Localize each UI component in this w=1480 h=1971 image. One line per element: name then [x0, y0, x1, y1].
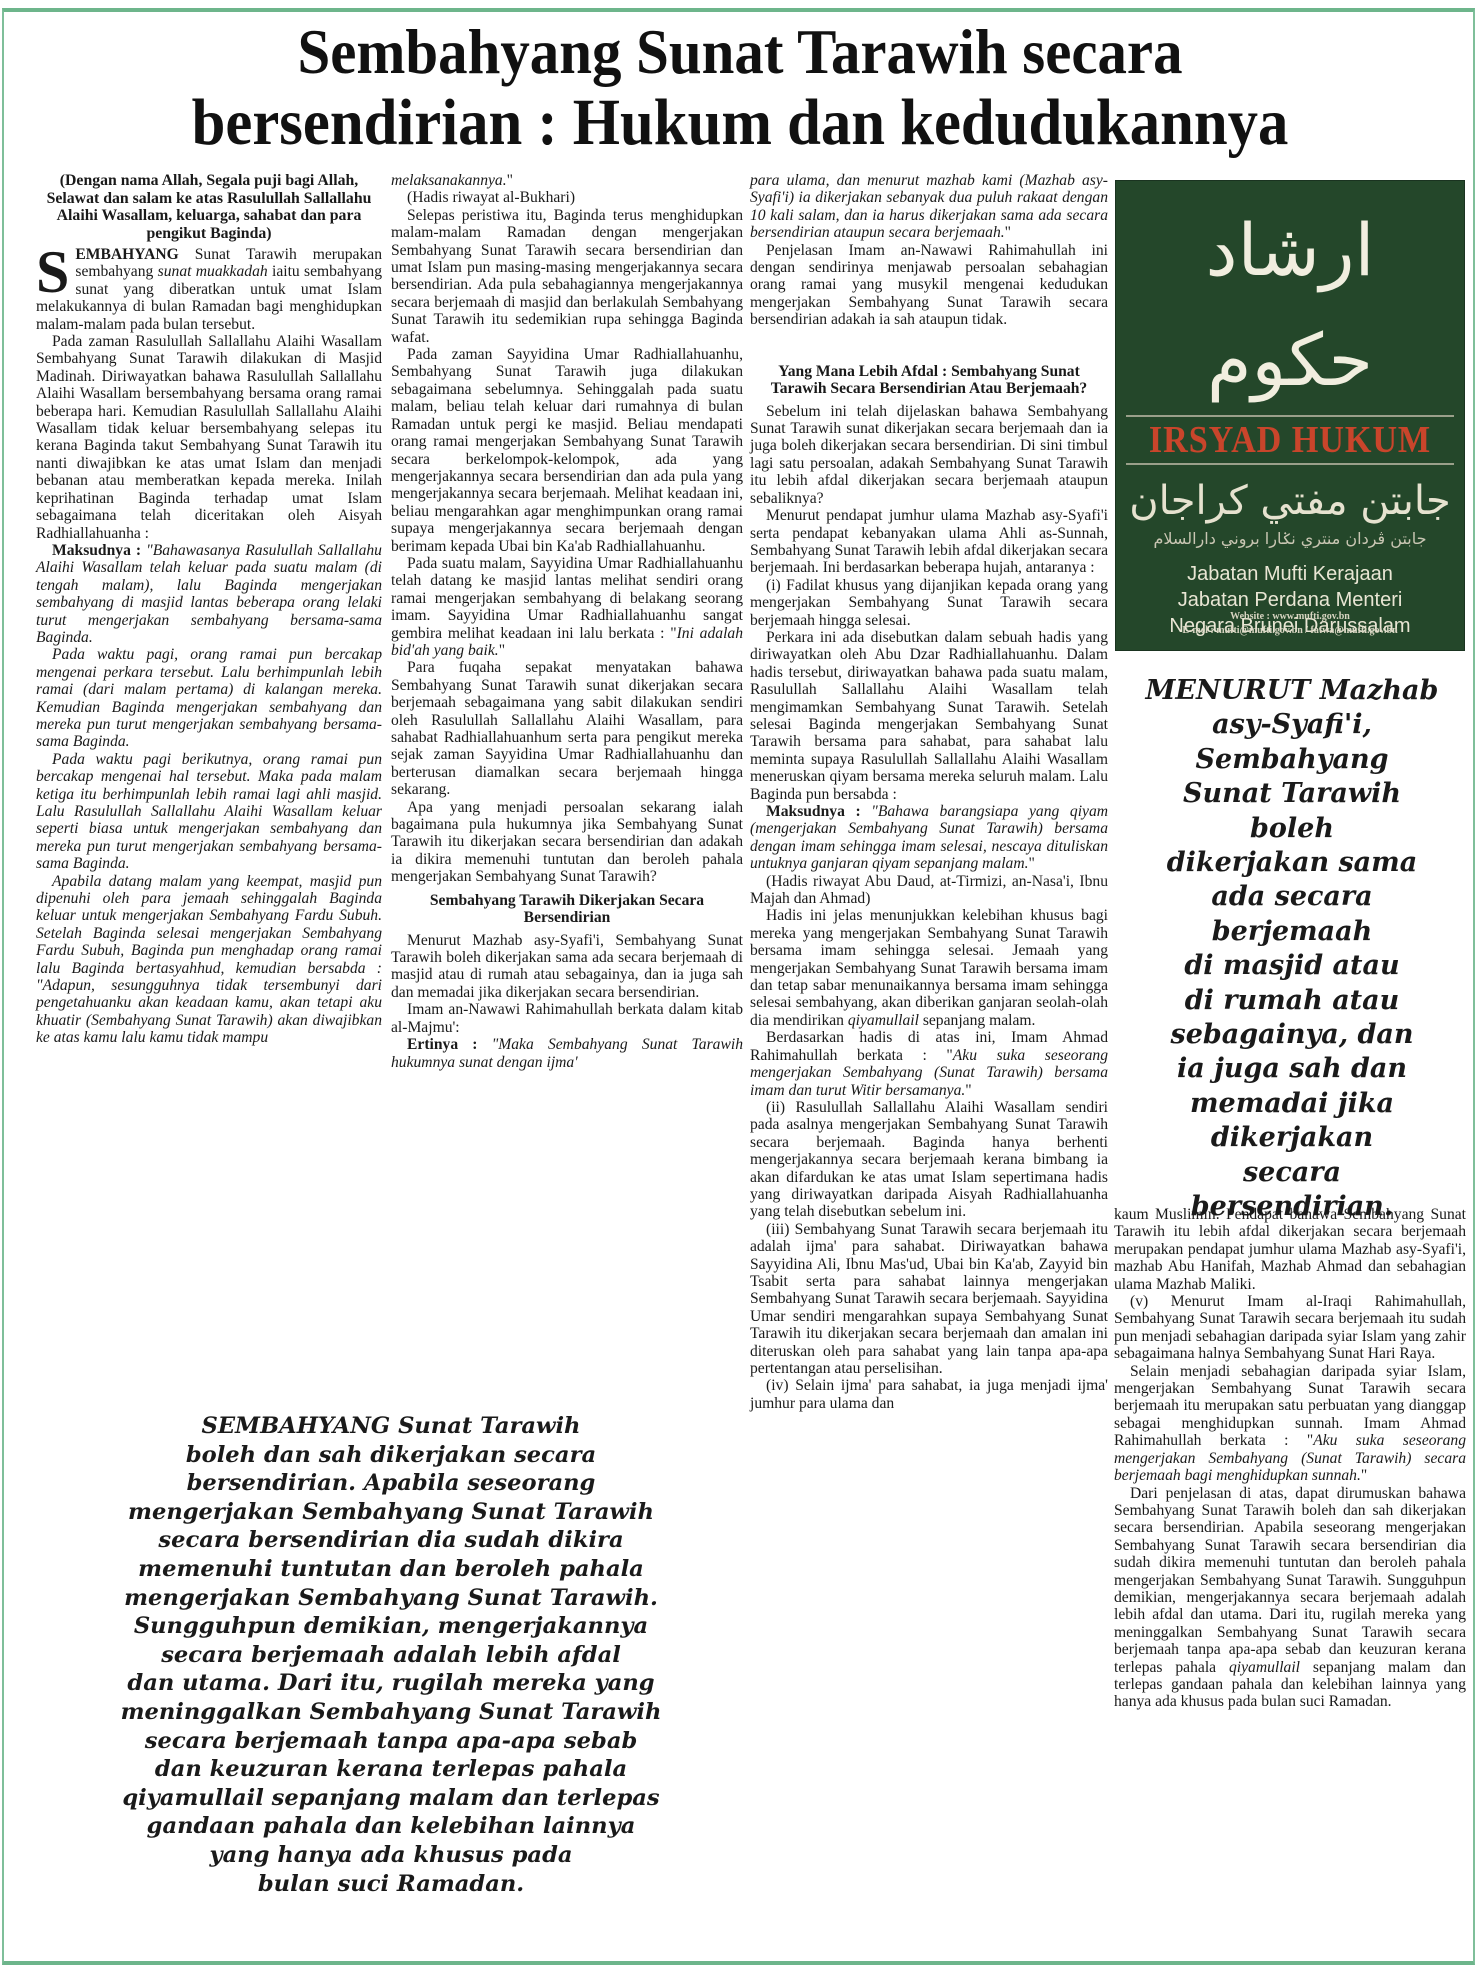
- hadith-quote-cont: Pada waktu pagi, orang ramai pun bercaka…: [36, 646, 382, 750]
- pull-quote-line: dikerjakan: [1122, 1121, 1462, 1155]
- pull-quote-line: secara berjemaah tanpa apa-apa sebab: [46, 1727, 736, 1756]
- pull-quote-line: gandaan pahala dan kelebihan lainnya: [46, 1812, 736, 1841]
- quote-label: Ertinya :: [407, 1036, 478, 1053]
- paragraph: kaum Muslimin. Pendapat bahawa Sembahyan…: [1114, 1206, 1466, 1293]
- article-column-1: (Dengan nama Allah, Segala puji bagi All…: [36, 172, 382, 1047]
- article-column-3: para ulama, dan menurut mazhab kami (Maz…: [750, 172, 1108, 1412]
- contact-info: Website : www.mufti.gov.bn E-mel : mufti…: [1116, 610, 1464, 638]
- text-run: ": [1029, 855, 1035, 872]
- pull-quote-line: ada secara: [1122, 880, 1462, 914]
- paragraph: Pada zaman Rasulullah Sallallahu Alaihi …: [36, 333, 382, 542]
- pull-quote-line: bulan suci Ramadan.: [46, 1870, 736, 1899]
- paragraph: Hadis ini jelas menunjukkan kelebihan kh…: [750, 907, 1108, 1029]
- text-run: ": [507, 172, 513, 189]
- pull-quote-line: MENURUT Mazhab: [1122, 674, 1462, 708]
- pull-quote-right: MENURUT Mazhab asy-Syafi'i, Sembahyang S…: [1122, 674, 1462, 1225]
- pull-quote-line: SEMBAHYANG Sunat Tarawih: [46, 1412, 736, 1441]
- pull-quote-line: secara bersendirian dia sudah dikira: [46, 1526, 736, 1555]
- italic-term: qiyamullail: [1229, 1659, 1300, 1676]
- quote-text: Pada waktu pagi berikutnya, orang ramai …: [36, 751, 382, 872]
- pull-quote-line: di rumah atau: [1122, 984, 1462, 1018]
- pull-quote-line: Sunat Tarawih: [1122, 777, 1462, 811]
- quote-text: Pada waktu pagi, orang ramai pun bercaka…: [36, 646, 382, 750]
- pull-quote-line: secara: [1122, 1156, 1462, 1190]
- paragraph: Para fuqaha sepakat menyatakan bahawa Se…: [391, 659, 743, 798]
- headline-line-2: bersendirian : Hukum dan kedudukannya: [68, 90, 1411, 156]
- pull-quote-line: berjemaah: [1122, 915, 1462, 949]
- arabic-dept-calligraphy: جابتن مفتي كراجان: [1116, 473, 1464, 529]
- arabic-subtitle: جابتن ڤردان منتري نݢارا بروني دارالسلام: [1116, 529, 1464, 549]
- paragraph: Sebelum ini telah dijelaskan bahawa Semb…: [750, 403, 1108, 507]
- quote-label: Maksudnya :: [52, 542, 141, 559]
- logo-brand: IRSYAD HUKUM: [1133, 417, 1446, 463]
- paragraph: (iii) Sembahyang Sunat Tarawih secara be…: [750, 1221, 1108, 1378]
- article-headline: Sembahyang Sunat Tarawih secara bersendi…: [10, 16, 1470, 156]
- hadith-quote-cont: Apabila datang malam yang keempat, masji…: [36, 873, 382, 1047]
- paragraph: Pada suatu malam, Sayyidina Umar Radhial…: [391, 555, 743, 659]
- text-run: sepanjang malam.: [919, 1012, 1035, 1029]
- paragraph: Perkara ini ada disebutkan dalam sebuah …: [750, 629, 1108, 803]
- paragraph: (ii) Rasulullah Sallallahu Alaihi Wasall…: [750, 1099, 1108, 1221]
- text-run: ": [1361, 1467, 1367, 1484]
- quote-text: Apabila datang malam yang keempat, masji…: [36, 873, 382, 1047]
- pull-quote-line: secara berjemaah adalah lebih afdal: [46, 1641, 736, 1670]
- pull-quote-line: mengerjakan Sembahyang Sunat Tarawih: [46, 1498, 736, 1527]
- paragraph: Berdasarkan hadis di atas ini, Imam Ahma…: [750, 1029, 1108, 1099]
- paragraph: Penjelasan Imam an-Nawawi Rahimahullah i…: [750, 242, 1108, 329]
- paragraph: Selain menjadi sebahagian daripada syiar…: [1114, 1363, 1466, 1485]
- quote-text: melaksanakannya.: [391, 172, 507, 189]
- intro-blessing: (Dengan nama Allah, Segala puji bagi All…: [36, 172, 382, 242]
- pull-quote-line: sebagainya, dan: [1122, 1018, 1462, 1052]
- section-subheading: Yang Mana Lebih Afdal : Sembahyang Sunat…: [750, 363, 1108, 397]
- pull-quote-bottom: SEMBAHYANG Sunat Tarawih boleh dan sah d…: [46, 1412, 736, 1898]
- headline-line-1: Sembahyang Sunat Tarawih secara: [68, 20, 1411, 84]
- pull-quote-line: ia juga sah dan: [1122, 1052, 1462, 1086]
- pull-quote-line: dikerjakan sama: [1122, 846, 1462, 880]
- lead-paragraph: SEMBAHYANG Sunat Tarawih merupakan semba…: [36, 246, 382, 333]
- paragraph: Pada zaman Sayyidina Umar Radhiallahuanh…: [391, 346, 743, 555]
- hadith-quote-cont: Pada waktu pagi berikutnya, orang ramai …: [36, 751, 382, 873]
- paragraph: Selepas peristiwa itu, Baginda terus men…: [391, 207, 743, 346]
- article-column-2: melaksanakannya." (Hadis riwayat al-Bukh…: [391, 172, 743, 1071]
- article-column-4: kaum Muslimin. Pendapat bahawa Sembahyan…: [1114, 1206, 1466, 1711]
- text-run: ": [499, 642, 505, 659]
- paragraph: (i) Fadilat khusus yang dijanjikan kepad…: [750, 577, 1108, 629]
- irsyad-hukum-logo: ارشاد حكوم IRSYAD HUKUM جابتن مفتي كراجا…: [1115, 180, 1465, 651]
- translation-quote: Ertinya : "Maka Sembahyang Sunat Tarawih…: [391, 1036, 743, 1071]
- dept-line: Jabatan Mufti Kerajaan: [1116, 561, 1464, 587]
- pull-quote-line: di masjid atau: [1122, 949, 1462, 983]
- quote-text: para ulama, dan menurut mazhab kami (Maz…: [750, 172, 1108, 241]
- logo-divider: [1126, 463, 1454, 465]
- pull-quote-line: Sungguhpun demikian, mengerjakannya: [46, 1612, 736, 1641]
- text-run: Hadis ini jelas menunjukkan kelebihan kh…: [750, 907, 1108, 1028]
- paragraph: (v) Menurut Imam al-Iraqi Rahimahullah, …: [1114, 1293, 1466, 1363]
- paragraph: (iv) Selain ijma' para sahabat, ia juga …: [750, 1377, 1108, 1412]
- email-text: E-mel : mufti@mufti.gov.bn / fatwa@mufti…: [1116, 624, 1464, 638]
- hadith-source: (Hadis riwayat Abu Daud, at-Tirmizi, an-…: [750, 873, 1108, 908]
- lead-word: EMBAHYANG: [75, 246, 178, 263]
- text-run: ": [1005, 224, 1011, 241]
- pull-quote-line: Sembahyang: [1122, 743, 1462, 777]
- paragraph: Apa yang menjadi persoalan sekarang iala…: [391, 799, 743, 886]
- drop-cap: S: [36, 248, 69, 296]
- paragraph: Imam an-Nawawi Rahimahullah berkata dala…: [391, 1001, 743, 1036]
- arabic-title-calligraphy: ارشاد حكوم: [1116, 195, 1464, 415]
- pull-quote-line: boleh: [1122, 812, 1462, 846]
- quote-end: para ulama, dan menurut mazhab kami (Maz…: [750, 172, 1108, 242]
- pull-quote-line: meninggalkan Sembahyang Sunat Tarawih: [46, 1698, 736, 1727]
- website-text: Website : www.mufti.gov.bn: [1116, 610, 1464, 624]
- quote-end: melaksanakannya.": [391, 172, 743, 189]
- hadith-quote: Maksudnya : "Bahawa barangsiapa yang qiy…: [750, 803, 1108, 873]
- italic-term: sunat muakkadah: [158, 263, 268, 280]
- section-subheading: Sembahyang Tarawih Dikerjakan Secara Ber…: [391, 892, 743, 926]
- pull-quote-line: qiyamullail sepanjang malam dan terlepas: [46, 1784, 736, 1813]
- text-run: ": [965, 1082, 971, 1099]
- pull-quote-line: boleh dan sah dikerjakan secara: [46, 1441, 736, 1470]
- pull-quote-line: yang hanya ada khusus pada: [46, 1841, 736, 1870]
- text-run: Dari penjelasan di atas, dapat dirumuska…: [1114, 1485, 1466, 1676]
- pull-quote-line: mengerjakan Sembahyang Sunat Tarawih.: [46, 1584, 736, 1613]
- paragraph: Menurut pendapat jumhur ulama Mazhab asy…: [750, 507, 1108, 577]
- hadith-source: (Hadis riwayat al-Bukhari): [391, 189, 743, 206]
- pull-quote-line: dan keuzuran kerana terlepas pahala: [46, 1755, 736, 1784]
- hadith-quote: Maksudnya : "Bahawasanya Rasulullah Sall…: [36, 542, 382, 646]
- italic-term: qiyamullail: [848, 1012, 919, 1029]
- pull-quote-line: asy-Syafi'i,: [1122, 708, 1462, 742]
- pull-quote-line: memenuhi tuntutan dan beroleh pahala: [46, 1555, 736, 1584]
- pull-quote-line: bersendirian. Apabila seseorang: [46, 1469, 736, 1498]
- conclusion-paragraph: Dari penjelasan di atas, dapat dirumuska…: [1114, 1485, 1466, 1711]
- pull-quote-line: memadai jika: [1122, 1087, 1462, 1121]
- quote-label: Maksudnya :: [766, 803, 861, 820]
- pull-quote-line: dan utama. Dari itu, rugilah mereka yang: [46, 1669, 736, 1698]
- paragraph: Menurut Mazhab asy-Syafi'i, Sembahyang S…: [391, 932, 743, 1002]
